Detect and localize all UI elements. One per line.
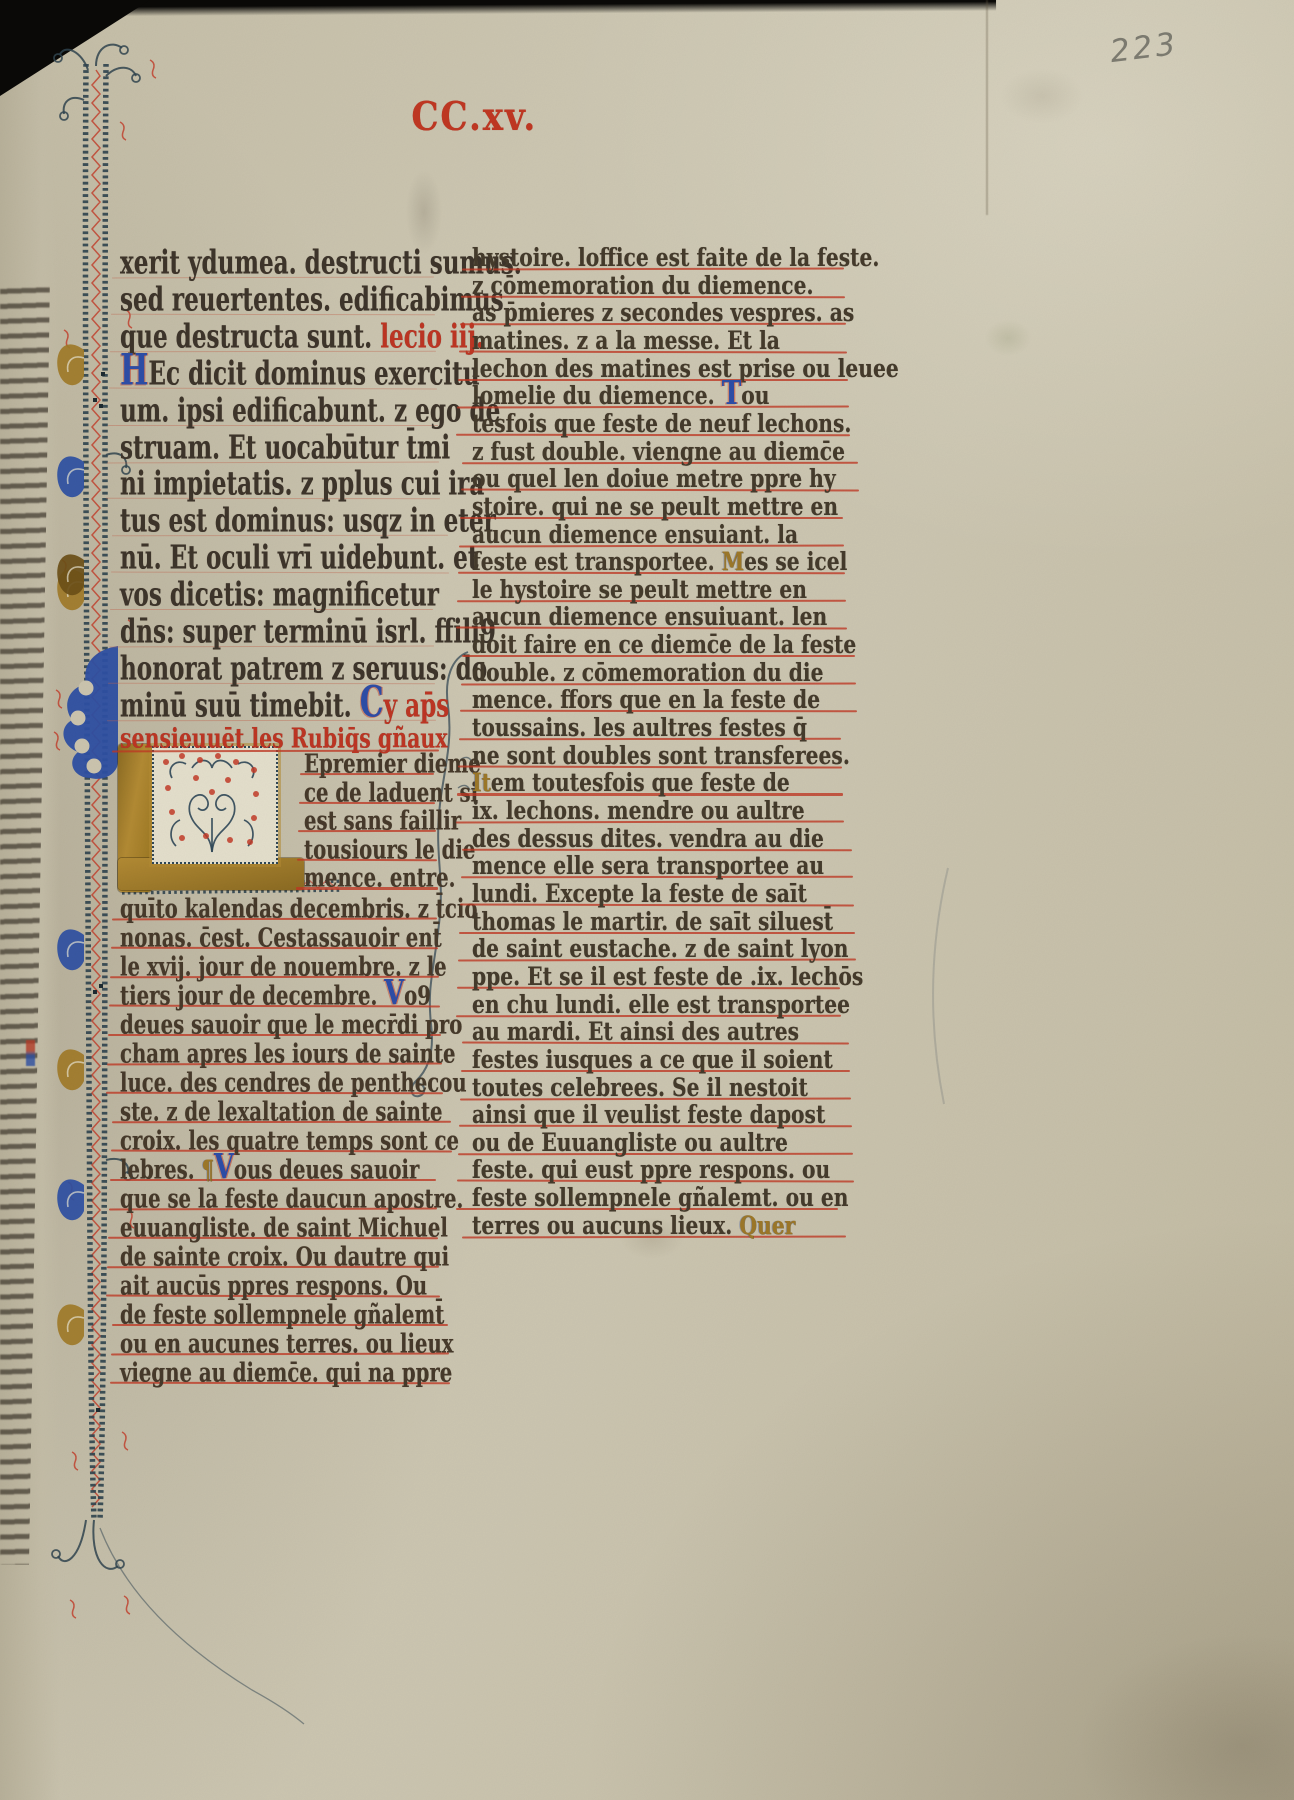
text-line: euuangliste. de saint Michuel — [120, 1211, 448, 1243]
text-block: xerit ydumea. destructi sumus.sed reuert… — [0, 0, 1294, 1800]
body-text: tus est dominus: usqz in eter — [120, 502, 496, 541]
body-text: ce de laduent si — [304, 776, 478, 808]
body-text: Epremier dieme — [304, 747, 481, 779]
body-text: hystoire. loffice est faite de la feste. — [472, 243, 879, 273]
body-text: matines. z a la messe. Et la — [472, 326, 780, 356]
text-line: de sainte croix. Ou dautre qui — [120, 1240, 449, 1272]
text-line: tesfois que feste de neuf lechons. — [472, 409, 851, 439]
body-text: feste est transportee. — [472, 547, 722, 577]
text-line: mence. entre. — [304, 861, 456, 893]
body-text: ou quel len doiue metre ppre hy — [472, 464, 836, 494]
body-text: tesfois que feste de neuf lechons. — [472, 409, 851, 439]
text-line: au mardi. Et ainsi des autres — [472, 1017, 799, 1047]
text-line: croix. les quatre temps sont ce — [120, 1124, 459, 1156]
text-line: cham apres les iours de sainte — [120, 1037, 456, 1069]
text-line: thomas le martir. de saīt siluest̄ — [472, 907, 833, 937]
body-text: lomelie du diemence. — [472, 381, 722, 411]
text-line: toutes celebrees. Se il nestoit — [472, 1073, 808, 1103]
body-text: vos dicetis: magnificetur — [120, 576, 439, 615]
penwork-initial: C — [360, 677, 384, 728]
body-text: feste. qui eust ppre respons. ou — [472, 1155, 830, 1185]
text-line: tiers jour de decembre. Vo9 — [120, 979, 431, 1011]
text-line: ainsi que il veulist feste dapost — [472, 1100, 825, 1130]
text-line: stoire. qui ne se peult mettre en — [472, 492, 838, 522]
body-text: viegne au diemc̄e. qui na ppre — [120, 1356, 452, 1388]
text-line: aucun diemence ensuiuant. len — [472, 602, 827, 632]
text-line: ne sont doubles sont transferees. — [472, 741, 850, 771]
text-line: deues sauoir que le mecr̄di pro — [120, 1008, 462, 1040]
body-text: toutes celebrees. Se il nestoit — [472, 1073, 808, 1103]
body-text: feste sollempnele gñalemt. ou en — [472, 1183, 848, 1213]
body-text: ste. z de lexaltation de sainte — [120, 1095, 443, 1127]
body-text: euuangliste. de saint Michuel — [120, 1211, 448, 1243]
body-text: cham apres les iours de sainte — [120, 1037, 456, 1069]
text-line: de feste sollempnele gñalemt̄ — [120, 1298, 444, 1330]
text-line: z cōmemoration du diemence. — [472, 271, 814, 301]
body-text: ait aucūs ppres respons. Ou — [120, 1269, 427, 1301]
penwork-initial: H — [120, 345, 148, 396]
text-line: le hystoire se peult mettre en — [472, 575, 807, 605]
text-line: z fust double. viengne au diemc̄e — [472, 437, 845, 467]
body-text: um. ipsi edificabunt. z ego de — [120, 392, 500, 431]
gold-initial: It — [472, 768, 491, 798]
body-text: quīto kalendas decembris. z t̄cio — [120, 892, 477, 924]
body-text: que se la feste daucun apostre. — [120, 1182, 463, 1214]
body-text: mence. entre. — [304, 861, 456, 893]
text-line: hystoire. loffice est faite de la feste. — [472, 243, 879, 273]
text-line: lebres. ¶Vous deues sauoir — [120, 1153, 419, 1185]
body-text: Ec dicit dominus exercitu — [148, 355, 479, 394]
text-line: en chu lundi. elle est transportee — [472, 990, 850, 1020]
text-line: double. z cōmemoration du die — [472, 658, 823, 688]
text-line: vos dicetis: magnificetur — [120, 576, 439, 615]
body-text: croix. les quatre temps sont ce — [120, 1124, 459, 1156]
body-text: lundi. Excepte la feste de saīt — [472, 879, 807, 909]
body-text: nū. Et oculi vrī uidebunt. et — [120, 539, 479, 578]
text-line: HEc dicit dominus exercitu — [120, 355, 480, 394]
body-text: lebres. — [120, 1153, 201, 1185]
body-text: lechon des matines est prise ou leuee — [472, 354, 899, 384]
body-text: ou en aucunes terres. ou lieux — [120, 1327, 454, 1359]
text-line: minū suū timebit. Cy ap̄s — [120, 687, 449, 726]
text-line: festes iusques a ce que il soient — [472, 1045, 833, 1075]
body-text: de saint eustache. z de saint lyon — [472, 934, 848, 964]
text-line: que se la feste daucun apostre. — [120, 1182, 463, 1214]
text-line: nonas. c̄est. Cestassauoir ent̄ — [120, 921, 442, 953]
text-line: de saint eustache. z de saint lyon — [472, 934, 848, 964]
text-line: lechon des matines est prise ou leuee — [472, 354, 899, 384]
body-text: toussains. les aultres festes q̄ — [472, 713, 807, 743]
text-line: ce de laduent si — [304, 776, 478, 808]
text-line: ou de Euuangliste ou aultre — [472, 1128, 788, 1158]
body-text: ix. lechons. mendre ou aultre — [472, 796, 805, 826]
body-text: as p̄mieres z secondes vespres. as — [472, 298, 854, 328]
body-text: festes iusques a ce que il soient — [472, 1045, 833, 1075]
gold-initial: Quer — [739, 1211, 795, 1241]
body-text: double. z cōmemoration du die — [472, 658, 823, 688]
text-line: lomelie du diemence. Tou — [472, 381, 770, 411]
body-text: est sans faillir — [304, 804, 461, 836]
text-line: feste. qui eust ppre respons. ou — [472, 1155, 830, 1185]
body-text: stoire. qui ne se peult mettre en — [472, 492, 838, 522]
text-line: luce. des cendres de penthecou — [120, 1066, 467, 1098]
text-line: Item toutesfois que feste de — [472, 768, 790, 798]
body-text: o9 — [404, 979, 431, 1011]
body-text: tousiours le die — [304, 833, 475, 865]
text-line: est sans faillir — [304, 804, 461, 836]
text-line: xerit ydumea. destructi sumus. — [120, 244, 522, 283]
body-text: ne sont doubles sont transferees. — [472, 741, 850, 771]
text-line: aucun diemence ensuiant. la — [472, 520, 798, 550]
body-text: ous deues sauoir — [234, 1153, 420, 1185]
text-line: ni impietatis. z pplus cui ira — [120, 465, 484, 504]
body-text: luce. des cendres de penthecou — [120, 1066, 467, 1098]
text-line: ste. z de lexaltation de sainte — [120, 1095, 443, 1127]
text-line: as p̄mieres z secondes vespres. as — [472, 298, 854, 328]
body-text: deues sauoir que le mecr̄di pro — [120, 1008, 462, 1040]
text-line: matines. z a la messe. Et la — [472, 326, 780, 356]
body-text: terres ou aucuns lieux. — [472, 1211, 739, 1241]
text-line: struam. Et uocabūtur t̄mi — [120, 429, 450, 468]
body-text: dn̄s: super terminū isrl. ffili9 — [120, 613, 496, 652]
text-line: ait aucūs ppres respons. Ou — [120, 1269, 427, 1301]
text-line: feste sollempnele gñalemt. ou en — [472, 1183, 848, 1213]
text-line: terres ou aucuns lieux. Quer — [472, 1211, 795, 1241]
body-text: ou — [741, 381, 769, 411]
body-text: minū suū timebit. — [120, 687, 360, 726]
text-line: ou en aucunes terres. ou lieux — [120, 1327, 454, 1359]
text-line: doit faire en ce diemc̄e de la feste — [472, 630, 856, 660]
text-line: nū. Et oculi vrī uidebunt. et — [120, 539, 479, 578]
text-line: um. ipsi edificabunt. z ego de — [120, 392, 500, 431]
body-text: nonas. c̄est. Cestassauoir ent̄ — [120, 921, 442, 953]
body-text: sed reuertentes. edificabimus — [120, 281, 504, 320]
body-text: mence. ffors que en la feste de — [472, 685, 820, 715]
gold-initial: ¶ — [201, 1153, 214, 1185]
body-text: z fust double. viengne au diemc̄e — [472, 437, 845, 467]
body-text: de feste sollempnele gñalemt̄ — [120, 1298, 444, 1330]
penwork-initial: T — [722, 375, 742, 414]
body-text: ainsi que il veulist feste dapost — [472, 1100, 825, 1130]
body-text: au mardi. Et ainsi des autres — [472, 1017, 799, 1047]
body-text: des dessus dites. vendra au die — [472, 824, 824, 854]
body-text: ni impietatis. z pplus cui ira — [120, 465, 484, 504]
text-line: toussains. les aultres festes q̄ — [472, 713, 807, 743]
text-line: des dessus dites. vendra au die — [472, 824, 824, 854]
body-text: aucun diemence ensuiant. la — [472, 520, 798, 550]
text-line: tousiours le die — [304, 833, 475, 865]
body-text: honorat patrem z seruus: do — [120, 650, 487, 689]
text-line: feste est transportee. Mes se icel — [472, 547, 847, 577]
body-text: doit faire en ce diemc̄e de la feste — [472, 630, 856, 660]
text-line: tus est dominus: usqz in eter — [120, 502, 496, 541]
rubric-text: y ap̄s — [384, 687, 450, 726]
text-line: lundi. Excepte la feste de saīt — [472, 879, 807, 909]
body-text: le hystoire se peult mettre en — [472, 575, 807, 605]
body-text: de sainte croix. Ou dautre qui — [120, 1240, 449, 1272]
body-text: mence elle sera transportee au — [472, 851, 824, 881]
manuscript-scan: 223 CC.xv. xerit ydumea. destructi sumus… — [0, 0, 1294, 1800]
body-text: ou de Euuangliste ou aultre — [472, 1128, 788, 1158]
text-line: Epremier dieme — [304, 747, 481, 779]
body-text: es se icel — [744, 547, 847, 577]
body-text: tiers jour de decembre. — [120, 979, 384, 1011]
text-line: quīto kalendas decembris. z t̄cio — [120, 892, 477, 924]
body-text: struam. Et uocabūtur t̄mi — [120, 429, 450, 468]
body-text: aucun diemence ensuiuant. len — [472, 602, 827, 632]
text-line: sed reuertentes. edificabimus — [120, 281, 504, 320]
text-line: ppe. Et se il est feste de .ix. lechōs — [472, 962, 863, 992]
gold-initial: M — [722, 547, 744, 577]
body-text: em toutesfois que feste de — [491, 768, 790, 798]
body-text: z cōmemoration du diemence. — [472, 271, 814, 301]
body-text: xerit ydumea. destructi sumus. — [120, 244, 522, 283]
body-text: que destructa sunt. — [120, 318, 380, 357]
body-text: thomas le martir. de saīt siluest̄ — [472, 907, 833, 937]
text-line: mence elle sera transportee au — [472, 851, 824, 881]
text-line: ix. lechons. mendre ou aultre — [472, 796, 805, 826]
text-line: que destructa sunt. lecio iij. — [120, 318, 484, 357]
text-line: honorat patrem z seruus: do — [120, 650, 487, 689]
text-line: viegne au diemc̄e. qui na ppre — [120, 1356, 452, 1388]
text-line: mence. ffors que en la feste de — [472, 685, 820, 715]
text-line: ou quel len doiue metre ppre hy — [472, 464, 836, 494]
text-line: dn̄s: super terminū isrl. ffili9 — [120, 613, 496, 652]
body-text: ppe. Et se il est feste de .ix. lechōs — [472, 962, 863, 992]
body-text: en chu lundi. elle est transportee — [472, 990, 850, 1020]
